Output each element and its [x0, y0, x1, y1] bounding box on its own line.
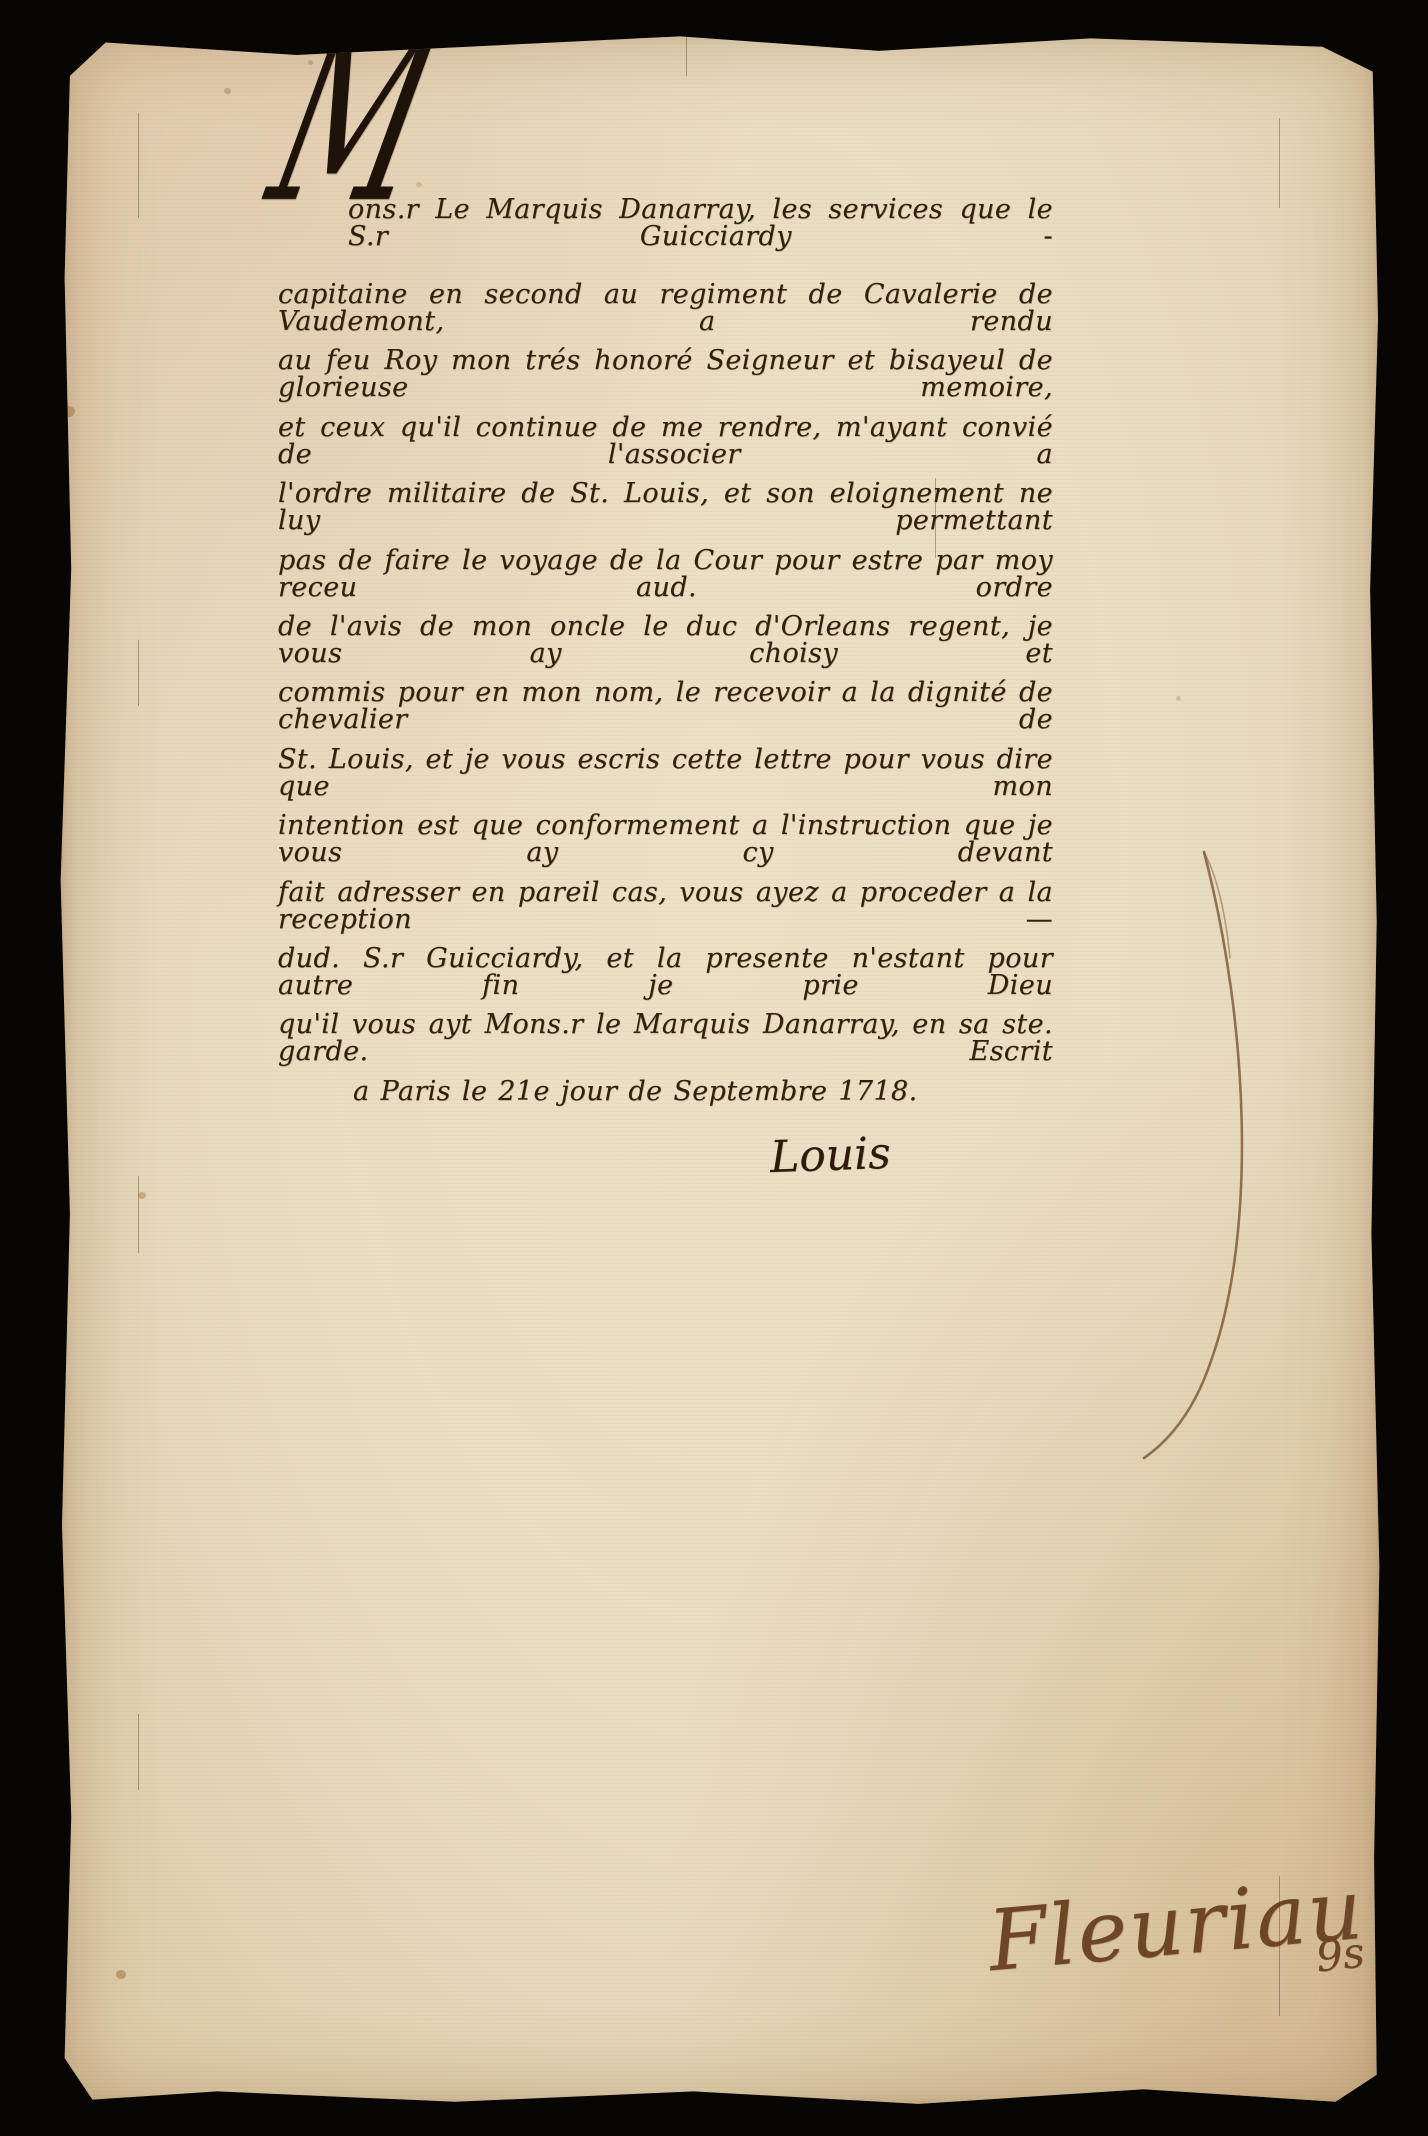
foxing-spot [138, 1192, 146, 1199]
letter-line: de l'avis de mon oncle le duc d'Orleans … [278, 613, 1053, 667]
photo-backdrop: M ons.r Le Marquis Danarray, les service… [0, 0, 1428, 2136]
foxing-spot [416, 182, 422, 187]
letter-line: commis pour en mon nom, le recevoir a la… [278, 679, 1053, 733]
letter-line: pas de faire le voyage de la Cour pour e… [278, 547, 1053, 601]
foxing-spot [62, 406, 75, 417]
foxing-spot [224, 88, 231, 94]
letter-line: l'ordre militaire de St. Louis, et son e… [278, 480, 1053, 534]
royal-signature: Louis [769, 1128, 891, 1183]
letter-line: qu'il vous ayt Mons.r le Marquis Danarra… [278, 1011, 1053, 1065]
fold-line [1279, 118, 1280, 208]
letter-line: ons.r Le Marquis Danarray, les services … [348, 196, 1053, 250]
secretary-signature: Fleuriau [984, 1860, 1367, 1990]
foxing-spot [1348, 40, 1356, 47]
fold-line [1279, 1876, 1280, 2016]
fold-line [138, 1176, 139, 1253]
signature-paraph: 9s [1314, 1928, 1367, 1982]
fold-line [138, 1714, 139, 1790]
letter-line: dud. S.r Guicciardy, et la presente n'es… [278, 945, 1053, 999]
letter-line: intention est que conformement a l'instr… [278, 812, 1053, 866]
foxing-spot [308, 60, 313, 65]
letter-line: capitaine en second au regiment de Caval… [278, 281, 1053, 335]
foxing-spot [1390, 1182, 1396, 1188]
fold-line [686, 30, 687, 76]
foxing-spot [1176, 696, 1181, 701]
pen-flourish-stroke [58, 28, 1382, 2108]
fold-line [935, 478, 936, 558]
fold-line [138, 640, 139, 706]
foxing-spot [116, 1970, 126, 1979]
fold-line [138, 113, 139, 218]
letter-line: fait adresser en pareil cas, vous ayez a… [278, 879, 1053, 933]
letter-line: a Paris le 21e jour de Septembre 1718. [353, 1078, 918, 1105]
letter-line: et ceux qu'il continue de me rendre, m'a… [278, 414, 1053, 468]
letter-page: M ons.r Le Marquis Danarray, les service… [58, 28, 1382, 2108]
letter-line: St. Louis, et je vous escris cette lettr… [278, 746, 1053, 800]
letter-line: au feu Roy mon trés honoré Seigneur et b… [278, 347, 1053, 401]
